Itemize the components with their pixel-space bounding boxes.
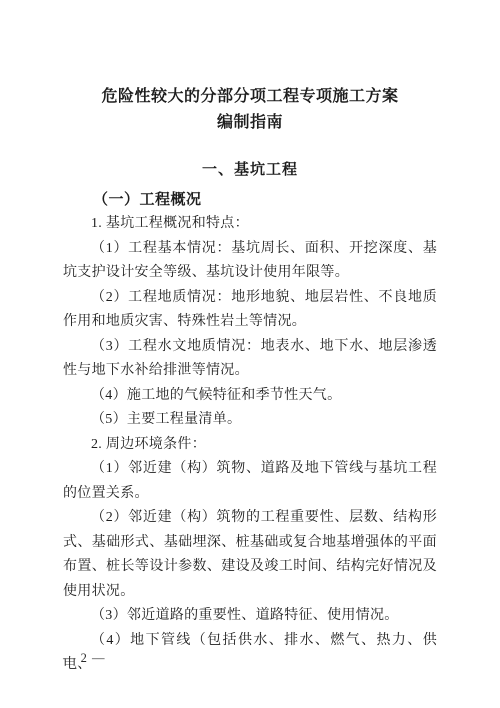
document-page: 危险性较大的分部分项工程专项施工方案 编制指南 一、基坑工程 （一）工程概况 1… — [0, 0, 500, 708]
paragraph: （4）施工地的气候特征和季节性天气。 — [63, 384, 437, 409]
paragraph: （2）邻近建（构）筑物的工程重要性、层数、结构形式、基础形式、基础埋深、桩基础或… — [63, 506, 437, 604]
title-line-2: 编制指南 — [63, 110, 437, 136]
paragraph: （3）邻近道路的重要性、道路特征、使用情况。 — [63, 604, 437, 629]
paragraph: （4）地下管线（包括供水、排水、燃气、热力、供电、 — [63, 629, 437, 678]
paragraph: （2）工程地质情况：地形地貌、地层岩性、不良地质作用和地质灾害、特殊性岩土等情况… — [63, 286, 437, 335]
page-number: — 2 — — [63, 650, 106, 666]
section-heading-foundation-pit: 一、基坑工程 — [63, 158, 437, 182]
paragraph: 2. 周边环境条件： — [63, 433, 437, 458]
paragraph: （5）主要工程量清单。 — [63, 408, 437, 433]
document-title: 危险性较大的分部分项工程专项施工方案 编制指南 — [63, 84, 437, 136]
title-line-1: 危险性较大的分部分项工程专项施工方案 — [63, 84, 437, 110]
subsection-heading-project-overview: （一）工程概况 — [63, 188, 437, 212]
document-body: 1. 基坑工程概况和特点：（1）工程基本情况：基坑周长、面积、开挖深度、基坑支护… — [63, 212, 437, 678]
paragraph: （1）邻近建（构）筑物、道路及地下管线与基坑工程的位置关系。 — [63, 457, 437, 506]
paragraph: （3）工程水文地质情况：地表水、地下水、地层渗透性与地下水补给排泄等情况。 — [63, 335, 437, 384]
paragraph: （1）工程基本情况：基坑周长、面积、开挖深度、基坑支护设计安全等级、基坑设计使用… — [63, 237, 437, 286]
paragraph: 1. 基坑工程概况和特点： — [63, 212, 437, 237]
